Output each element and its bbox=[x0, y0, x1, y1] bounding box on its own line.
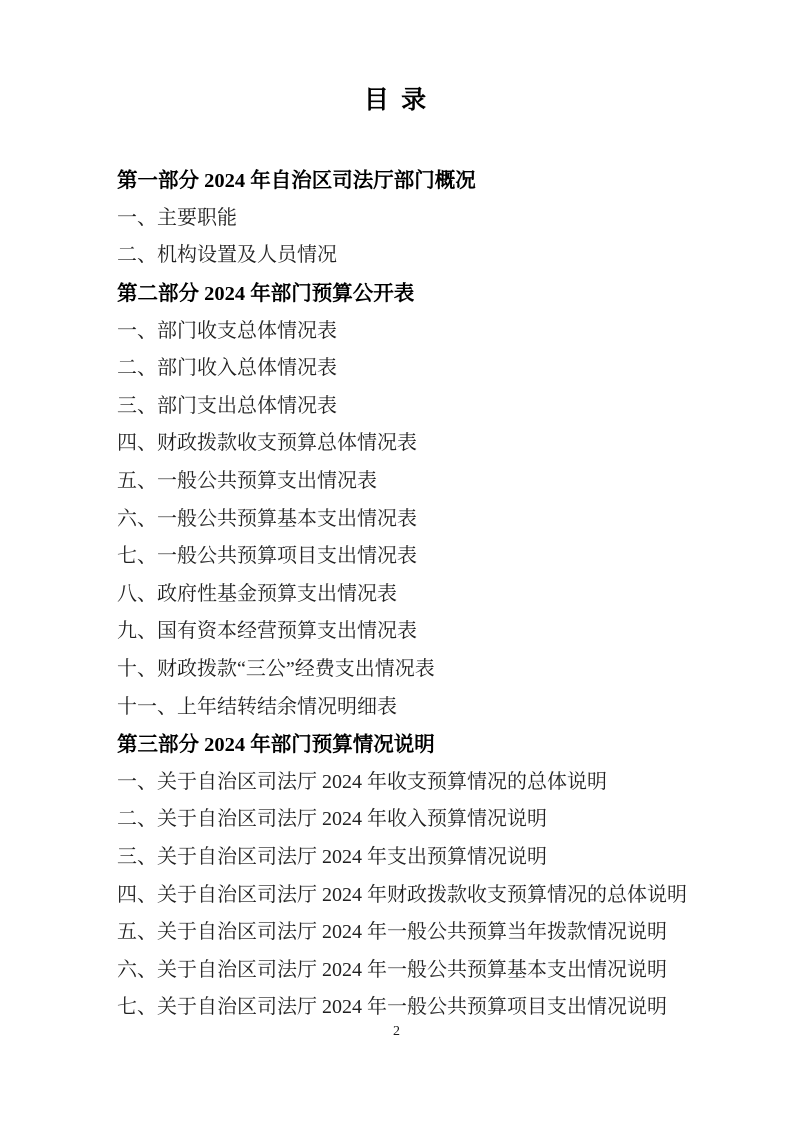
toc-item: 一、主要职能 bbox=[117, 197, 753, 235]
toc-item: 七、关于自治区司法厅 2024 年一般公共预算项目支出情况说明 bbox=[117, 986, 753, 1024]
toc-item: 九、国有资本经营预算支出情况表 bbox=[117, 610, 753, 648]
table-of-contents: 第一部分 2024 年自治区司法厅部门概况 一、主要职能 二、机构设置及人员情况… bbox=[117, 159, 753, 1024]
toc-item: 七、一般公共预算项目支出情况表 bbox=[117, 535, 753, 573]
toc-item: 二、关于自治区司法厅 2024 年收入预算情况说明 bbox=[117, 798, 753, 836]
toc-item: 三、部门支出总体情况表 bbox=[117, 385, 753, 423]
toc-section-heading: 第一部分 2024 年自治区司法厅部门概况 bbox=[117, 159, 753, 197]
toc-item: 八、政府性基金预算支出情况表 bbox=[117, 573, 753, 611]
toc-item: 五、关于自治区司法厅 2024 年一般公共预算当年拨款情况说明 bbox=[117, 911, 753, 949]
toc-item: 十、财政拨款“三公”经费支出情况表 bbox=[117, 648, 753, 686]
toc-section-heading: 第三部分 2024 年部门预算情况说明 bbox=[117, 723, 753, 761]
toc-item: 五、一般公共预算支出情况表 bbox=[117, 460, 753, 498]
toc-item: 二、部门收入总体情况表 bbox=[117, 347, 753, 385]
toc-item: 一、关于自治区司法厅 2024 年收支预算情况的总体说明 bbox=[117, 761, 753, 799]
page-title: 目 录 bbox=[0, 80, 793, 116]
toc-item: 六、一般公共预算基本支出情况表 bbox=[117, 497, 753, 535]
toc-item: 六、关于自治区司法厅 2024 年一般公共预算基本支出情况说明 bbox=[117, 948, 753, 986]
toc-item: 一、部门收支总体情况表 bbox=[117, 309, 753, 347]
toc-item: 二、机构设置及人员情况 bbox=[117, 234, 753, 272]
page-number: 2 bbox=[0, 1024, 793, 1040]
toc-item: 十一、上年结转结余情况明细表 bbox=[117, 685, 753, 723]
toc-section-heading: 第二部分 2024 年部门预算公开表 bbox=[117, 272, 753, 310]
toc-item: 四、关于自治区司法厅 2024 年财政拨款收支预算情况的总体说明 bbox=[117, 873, 753, 911]
document-page: 目 录 第一部分 2024 年自治区司法厅部门概况 一、主要职能 二、机构设置及… bbox=[0, 0, 793, 1122]
toc-item: 四、财政拨款收支预算总体情况表 bbox=[117, 422, 753, 460]
toc-item: 三、关于自治区司法厅 2024 年支出预算情况说明 bbox=[117, 836, 753, 874]
